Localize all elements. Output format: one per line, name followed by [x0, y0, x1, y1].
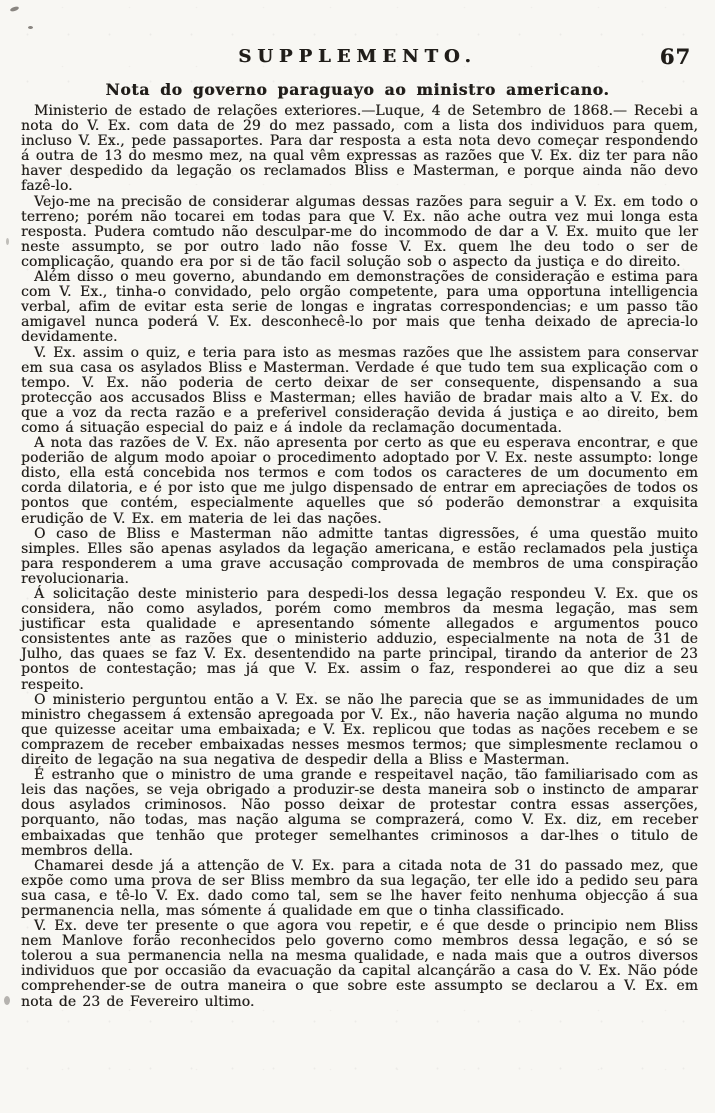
- paragraph: V. Ex. assim o quiz, e teria para isto a…: [21, 346, 698, 437]
- paragraph: Á solicitação deste ministerio para desp…: [21, 587, 698, 693]
- paragraph: Além disso o meu governo, abundando em d…: [21, 270, 698, 345]
- document-page: SUPPLEMENTO. 67 Nota do governo paraguay…: [0, 0, 715, 1113]
- paragraph: É estranho que o ministro de uma grande …: [21, 768, 698, 859]
- paragraph: A nota das razões de V. Ex. não apresent…: [21, 436, 698, 527]
- running-header-title: SUPPLEMENTO.: [238, 46, 477, 67]
- article-body: Ministerio de estado de relações exterio…: [0, 104, 715, 1010]
- paragraph: Vejo-me na precisão de considerar alguma…: [21, 195, 698, 270]
- running-header: SUPPLEMENTO. 67: [0, 0, 715, 67]
- page-number: 67: [660, 44, 691, 69]
- paragraph: O caso de Bliss e Masterman não admitte …: [21, 527, 698, 587]
- paragraph: Chamarei desde já a attenção de V. Ex. p…: [21, 859, 698, 919]
- paragraph: Ministerio de estado de relações exterio…: [21, 104, 698, 195]
- article-title: Nota do governo paraguayo ao ministro am…: [0, 80, 715, 99]
- scan-artifact: [6, 238, 9, 245]
- scan-artifact: [4, 996, 10, 1005]
- paragraph: V. Ex. deve ter presente o que agora vou…: [21, 919, 698, 1010]
- paragraph: O ministerio perguntou então a V. Ex. se…: [21, 693, 698, 768]
